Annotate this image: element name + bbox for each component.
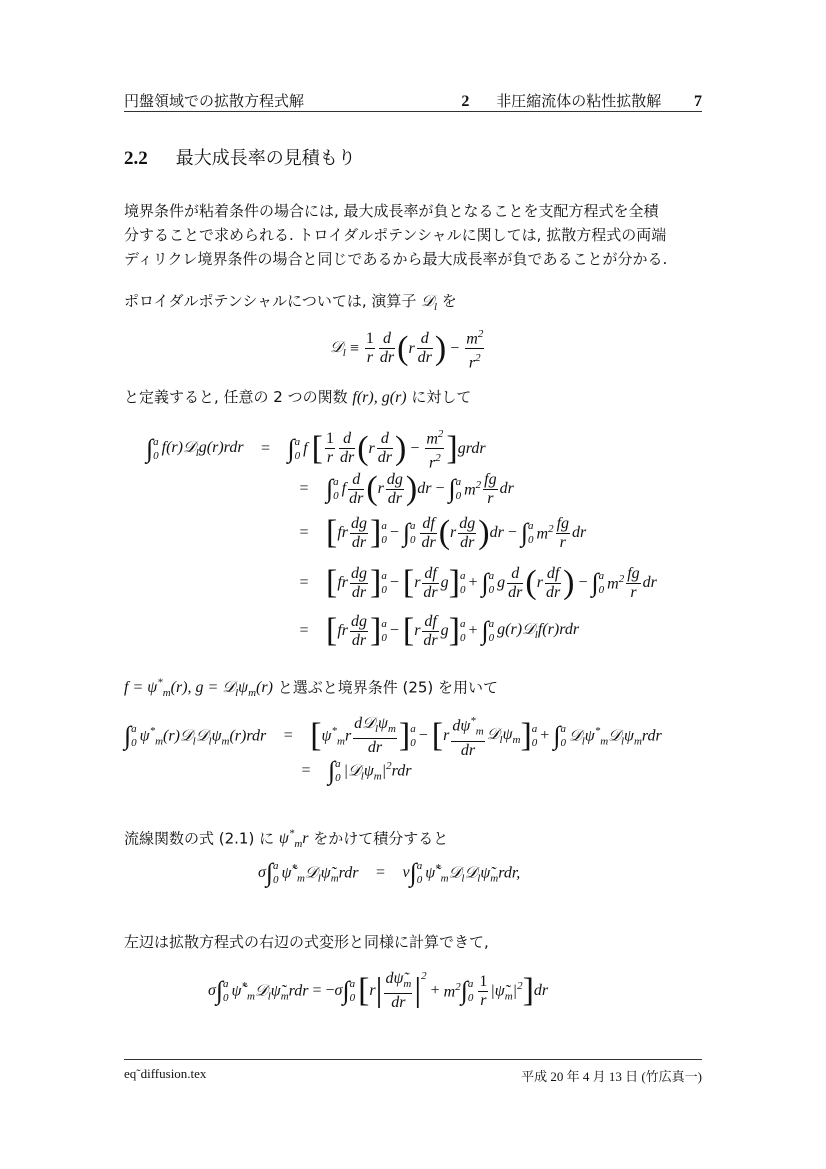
document-page: 円盤領域での拡散方程式解 2 非圧縮流体の粘性拡散解 7 2.2 最大成長率の見…: [0, 0, 826, 1169]
equation-identity-line-4: = [frdgdr]a0 − [rdfdrg]a0 + ∫a0 gddr (rd…: [282, 564, 657, 602]
footer-date-author: 平成 20 年 4 月 13 日 (竹広真一): [521, 1066, 702, 1085]
equation-identity-line-5: = [frdgdr]a0 − [rdfdrg]a0 + ∫a0 g(r)𝒟lf(…: [282, 612, 579, 650]
paragraph-left-side: 左辺は拡散方程式の右辺の式変形と同様に計算できて,: [124, 930, 704, 954]
chapter-title: 非圧縮流体の粘性拡散解: [496, 92, 661, 110]
page-number: 7: [694, 93, 702, 110]
footer-filename: eq˜diffusion.tex: [124, 1066, 206, 1082]
text: ポロイダルポテンシャルについては, 演算子: [124, 292, 416, 310]
chapter-number: 2: [461, 93, 469, 110]
text-line: 分することで求められる. トロイダルポテンシャルに関しては, 拡散方程式の両端: [124, 223, 704, 247]
paragraph-stream-function: 流線関数の式 (2.1) に ψ*mr をかけて積分すると: [124, 822, 704, 857]
header-rule: [124, 111, 702, 112]
equation-identity-line-1: ∫a0 f(r)𝒟lg(r)rdr = ∫a0 f [ 1r ddr (rddr…: [146, 425, 486, 473]
paragraph-poloidal: ポロイダルポテンシャルについては, 演算子 𝒟l を: [124, 289, 704, 319]
equation-boundary-line-2: = ∫a0 |𝒟lψm|2rdr: [284, 756, 412, 786]
paragraph-intro: 境界条件が粘着条件の場合には, 最大成長率が負となることを支配方程式を全積 分す…: [124, 199, 704, 271]
section-title: 最大成長率の見積もり: [176, 148, 356, 169]
text-line: ディリクレ境界条件の場合と同じであるから最大成長率が負であることが分かる.: [124, 247, 704, 271]
operator-symbol: 𝒟l: [421, 293, 437, 310]
equation-final: σ ∫a0 ψ̃*m𝒟lψ̃mrdr = −σ ∫a0 [r |dψ̃mdr|2…: [208, 970, 548, 1012]
running-header-title: 円盤領域での拡散方程式解: [124, 90, 304, 111]
text-line: 境界条件が粘着条件の場合には, 最大成長率が負となることを支配方程式を全積: [124, 199, 704, 223]
running-header-chapter: 2 非圧縮流体の粘性拡散解 7: [461, 90, 702, 111]
text: を: [442, 292, 457, 310]
equation-boundary-line-1: ∫a0 ψ*m(r)𝒟l𝒟lψm(r)rdr = [ψ*mrd𝒟lψmdr]a0…: [124, 712, 662, 760]
section-number: 2.2: [124, 148, 148, 169]
equation-identity-line-3: = [frdgdr]a0 − ∫a0 dfdr (rdgdr) dr − ∫a0…: [282, 514, 586, 552]
paragraph-definition: と定義すると, 任意の 2 つの関数 f(r), g(r) に対して: [124, 385, 704, 410]
footer-rule: [124, 1059, 702, 1060]
equation-operator-definition: 𝒟l ≡ 1r ddr (rddr) − m2r2: [330, 325, 486, 373]
equation-stream: σ ∫a0 ψ̃*m𝒟lψ̃mrdr = ν ∫a0 ψ̃*m𝒟l𝒟lψ̃mrd…: [258, 858, 520, 888]
section-heading: 2.2 最大成長率の見積もり: [124, 144, 356, 170]
paragraph-choice: f = ψ*m(r), g = 𝒟lψm(r) と選ぶと境界条件 (25) を用…: [124, 671, 704, 706]
equation-identity-line-2: = ∫a0 fddr (rdgdr) dr − ∫a0 m2fgrdr: [282, 470, 514, 508]
